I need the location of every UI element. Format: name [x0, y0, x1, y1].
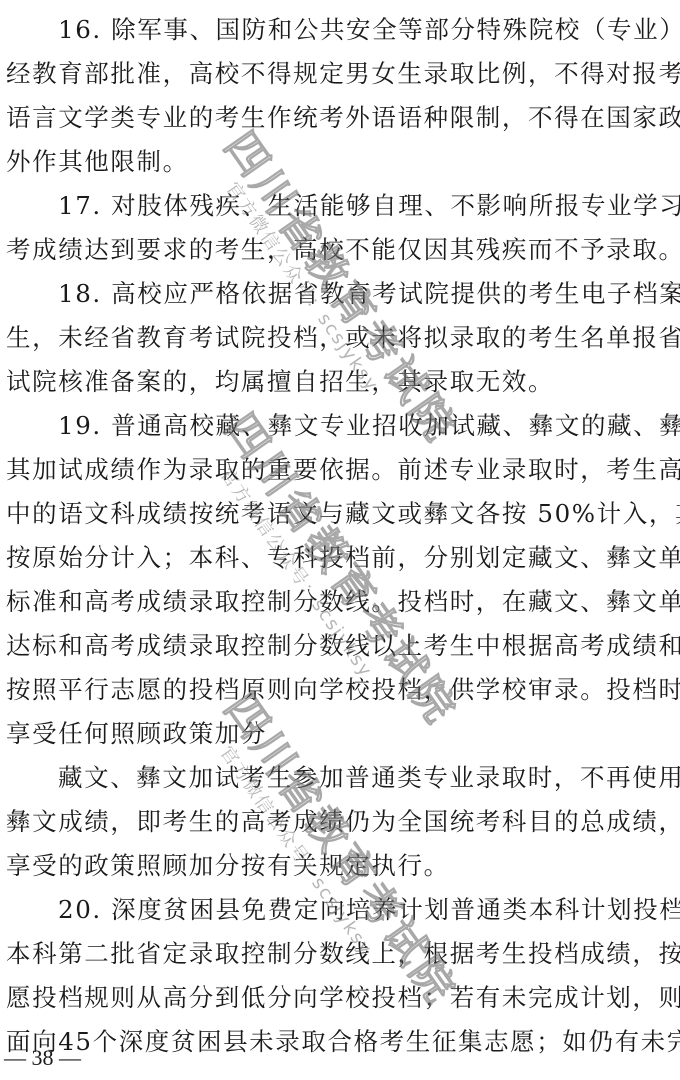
text-line: 达标和高考成绩录取控制分数线以上考生中根据高考成绩和志愿，: [6, 622, 674, 669]
text-line: 17. 对肢体残疾、生活能够自理、不影响所报专业学习，且高: [58, 182, 674, 229]
text-line: 16. 除军事、国防和公共安全等部分特殊院校（专业）外，未: [58, 6, 674, 53]
text-line: 考成绩达到要求的考生，高校不能仅因其残疾而不予录取。: [6, 226, 674, 273]
text-line: 面向45个深度贫困县未录取合格考生征集志愿；如仍有未完成计划，: [6, 1018, 674, 1065]
text-line: 标准和高考成绩录取控制分数线。投档时，在藏文、彝文单科成绩: [6, 578, 674, 625]
text-line: 本科第二批省定录取控制分数线上，根据考生投档成绩，按平行志: [6, 930, 674, 977]
text-line: 愿投档规则从高分到低分向学校投档；若有未完成计划，则逐步扩大: [6, 974, 674, 1021]
text-line: 18. 高校应严格依据省教育考试院提供的考生电子档案录取新: [58, 270, 674, 317]
page-number: — 38 —: [4, 1043, 81, 1073]
text-line: 经教育部批准，高校不得规定男女生录取比例，不得对报考非外国: [6, 50, 674, 97]
text-line: 按原始分计入；本科、专科投档前，分别划定藏文、彝文单科成绩: [6, 534, 674, 581]
text-line: 享受任何照顾政策加分: [6, 710, 674, 757]
text-line: 生，未经省教育考试院投档，或未将拟录取的考生名单报省教育考: [6, 314, 674, 361]
text-line: 享受的政策照顾加分按有关规定执行。: [6, 842, 674, 889]
text-line: 彝文成绩，即考生的高考成绩仍为全国统考科目的总成绩，考生应: [6, 798, 674, 845]
text-line: 20. 深度贫困县免费定向培养计划普通类本科计划投档时，在: [58, 886, 674, 933]
text-line: 中的语文科成绩按统考语文与藏文或彝文各按 50%计入，其余科目: [6, 490, 674, 537]
text-line: 试院核准备案的，均属擅自招生，其录取无效。: [6, 358, 674, 405]
text-line: 其加试成绩作为录取的重要依据。前述专业录取时，考生高考成绩: [6, 446, 674, 493]
text-line: 按照平行志愿的投档原则向学校投档，供学校审录。投档时考生不: [6, 666, 674, 713]
text-line: 外作其他限制。: [6, 138, 674, 185]
text-line: 语言文学类专业的考生作统考外语语种限制，不得在国家政策规定: [6, 94, 674, 141]
text-line: 藏文、彝文加试考生参加普通类专业录取时，不再使用藏文、: [58, 754, 674, 801]
text-line: 19. 普通高校藏、彝文专业招收加试藏、彝文的藏、彝族考生，: [58, 402, 674, 449]
document-page: 16. 除军事、国防和公共安全等部分特殊院校（专业）外，未经教育部批准，高校不得…: [0, 0, 680, 1080]
